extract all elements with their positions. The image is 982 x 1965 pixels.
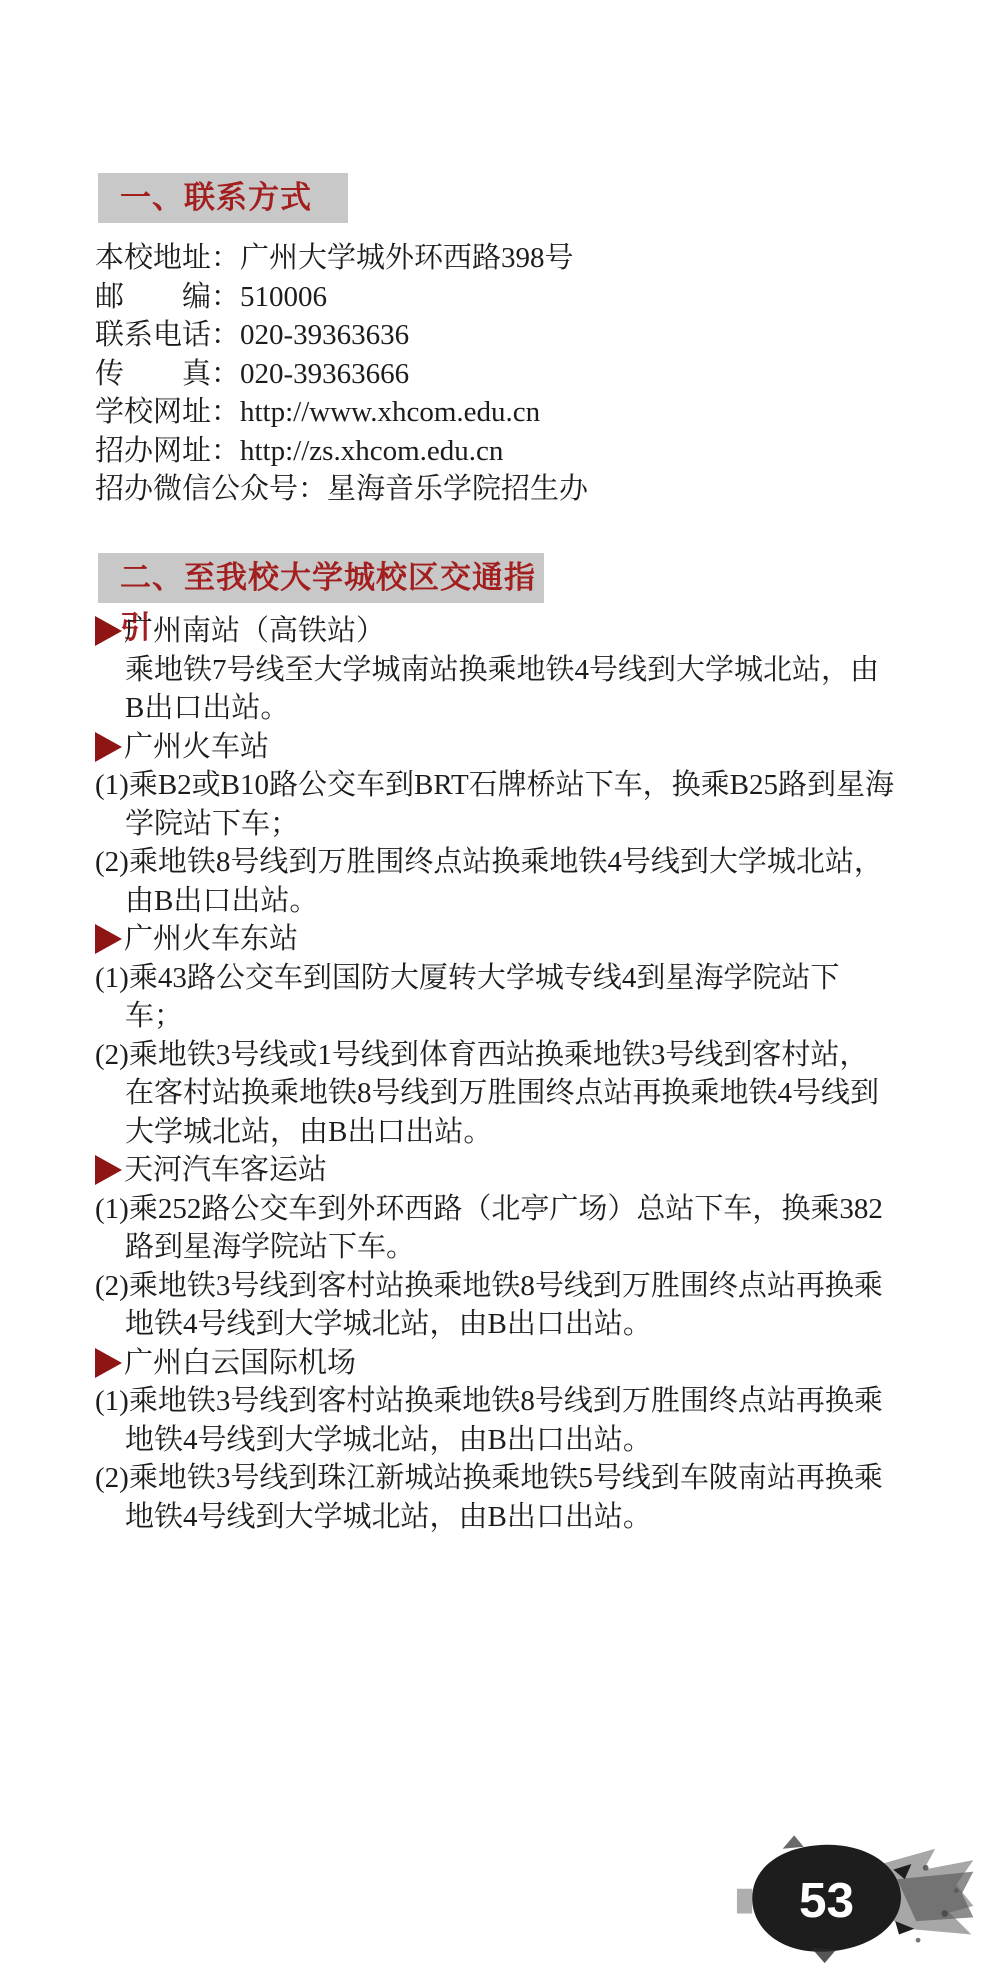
page-number: 53 (799, 1872, 854, 1928)
triangle-bullet-icon (95, 616, 122, 646)
contact-info-list: 本校地址：广州大学城外环西路398号 邮 编：510006 联系电话：020-3… (95, 239, 915, 509)
station-name: 广州白云国际机场 (124, 1344, 356, 1383)
route-item: (1)乘地铁3号线到客村站换乘地铁8号线到万胜围终点站再换乘地铁4号线到大学城北… (95, 1382, 895, 1459)
contact-line: 学校网址：http://www.xhcom.edu.cn (95, 393, 915, 432)
route-number: (1) (95, 1193, 129, 1225)
station-entry: 广州南站（高铁站） 乘地铁7号线至大学城南站换乘地铁4号线到大学城北站，由B出口… (95, 612, 905, 728)
contact-line: 邮 编：510006 (95, 278, 915, 317)
station-entry: 广州火车东站 (1)乘43路公交车到国防大厦转大学城专线4到星海学院站下车； (… (95, 920, 905, 1151)
page-number-ink-blob: 53 (612, 1822, 982, 1965)
route-number: (2) (95, 1039, 129, 1071)
route-text: 乘地铁8号线到万胜围终点站换乘地铁4号线到大学城北站，由B出口出站。 (125, 846, 883, 917)
station-name: 广州火车东站 (124, 920, 298, 959)
ink-speckle (954, 1888, 959, 1893)
contact-line: 联系电话：020-39363636 (95, 316, 915, 355)
station-entry: 广州火车站 (1)乘B2或B10路公交车到BRT石牌桥站下车，换乘B25路到星海… (95, 728, 905, 921)
route-text: 乘地铁3号线或1号线到体育西站换乘地铁3号线到客村站，在客村站换乘地铁8号线到万… (125, 1039, 879, 1148)
document-page: { "contact": { "heading": "一、联系方式", "lin… (0, 0, 982, 1965)
station-routes: (1)乘B2或B10路公交车到BRT石牌桥站下车，换乘B25路到星海学院站下车；… (95, 766, 905, 920)
route-text: 乘地铁3号线到客村站换乘地铁8号线到万胜围终点站再换乘地铁4号线到大学城北站，由… (125, 1385, 883, 1456)
brush-nub (737, 1889, 752, 1914)
route-item: (2)乘地铁3号线到客村站换乘地铁8号线到万胜围终点站再换乘地铁4号线到大学城北… (95, 1267, 895, 1344)
ink-speckle (941, 1910, 948, 1917)
contact-line: 本校地址：广州大学城外环西路398号 (95, 239, 915, 278)
station-name-row: 广州南站（高铁站） (95, 612, 905, 651)
station-name: 广州火车站 (124, 728, 269, 767)
station-name: 广州南站（高铁站） (124, 612, 385, 651)
route-text: 乘地铁7号线至大学城南站换乘地铁4号线到大学城北站，由B出口出站。 (125, 654, 879, 725)
station-entry: 天河汽车客运站 (1)乘252路公交车到外环西路（北亭广场）总站下车，换乘382… (95, 1151, 905, 1344)
route-item: (2)乘地铁3号线或1号线到体育西站换乘地铁3号线到客村站，在客村站换乘地铁8号… (95, 1036, 895, 1152)
ink-edge (811, 1948, 836, 1963)
ink-speckle (916, 1938, 921, 1943)
triangle-bullet-icon (95, 1155, 122, 1185)
route-text: 乘43路公交车到国防大厦转大学城专线4到星海学院站下车； (125, 962, 839, 1033)
route-item: (1)乘252路公交车到外环西路（北亭广场）总站下车，换乘382路到星海学院站下… (95, 1190, 895, 1267)
route-number: (1) (95, 1385, 129, 1417)
triangle-bullet-icon (95, 1348, 122, 1378)
route-item: (2)乘地铁3号线到珠江新城站换乘地铁5号线到车陂南站再换乘地铁4号线到大学城北… (95, 1459, 895, 1536)
station-name: 天河汽车客运站 (124, 1151, 327, 1190)
contact-line: 招办微信公众号：星海音乐学院招生办 (95, 470, 915, 509)
route-text: 乘地铁3号线到客村站换乘地铁8号线到万胜围终点站再换乘地铁4号线到大学城北站，由… (125, 1270, 883, 1341)
route-text: 乘252路公交车到外环西路（北亭广场）总站下车，换乘382路到星海学院站下车。 (125, 1193, 883, 1264)
route-item: 乘地铁7号线至大学城南站换乘地铁4号线到大学城北站，由B出口出站。 (95, 651, 895, 728)
station-routes: (1)乘地铁3号线到客村站换乘地铁8号线到万胜围终点站再换乘地铁4号线到大学城北… (95, 1382, 905, 1536)
route-item: (1)乘B2或B10路公交车到BRT石牌桥站下车，换乘B25路到星海学院站下车； (95, 766, 895, 843)
triangle-bullet-icon (95, 732, 122, 762)
route-number: (1) (95, 962, 129, 994)
station-name-row: 广州白云国际机场 (95, 1344, 905, 1383)
route-number: (2) (95, 1462, 129, 1494)
route-item: (1)乘43路公交车到国防大厦转大学城专线4到星海学院站下车； (95, 959, 895, 1036)
ink-edge (783, 1835, 804, 1848)
station-routes: (1)乘43路公交车到国防大厦转大学城专线4到星海学院站下车； (2)乘地铁3号… (95, 959, 905, 1152)
route-text: 乘B2或B10路公交车到BRT石牌桥站下车，换乘B25路到星海学院站下车； (125, 769, 894, 840)
route-text: 乘地铁3号线到珠江新城站换乘地铁5号线到车陂南站再换乘地铁4号线到大学城北站，由… (125, 1462, 883, 1533)
contact-line: 招办网址：http://zs.xhcom.edu.cn (95, 432, 915, 471)
triangle-bullet-icon (95, 924, 122, 954)
contact-line: 传 真：020-39363666 (95, 355, 915, 394)
station-name-row: 广州火车东站 (95, 920, 905, 959)
station-routes: (1)乘252路公交车到外环西路（北亭广场）总站下车，换乘382路到星海学院站下… (95, 1190, 905, 1344)
station-routes: 乘地铁7号线至大学城南站换乘地铁4号线到大学城北站，由B出口出站。 (95, 651, 905, 728)
route-number: (1) (95, 769, 129, 801)
section-heading-contact: 一、联系方式 (98, 173, 348, 223)
route-number: (2) (95, 1270, 129, 1302)
station-name-row: 广州火车站 (95, 728, 905, 767)
transport-guide: 广州南站（高铁站） 乘地铁7号线至大学城南站换乘地铁4号线到大学城北站，由B出口… (95, 612, 905, 1536)
route-item: (2)乘地铁8号线到万胜围终点站换乘地铁4号线到大学城北站，由B出口出站。 (95, 843, 895, 920)
route-number: (2) (95, 846, 129, 878)
section-heading-transport: 二、至我校大学城校区交通指引 (98, 553, 544, 603)
station-name-row: 天河汽车客运站 (95, 1151, 905, 1190)
station-entry: 广州白云国际机场 (1)乘地铁3号线到客村站换乘地铁8号线到万胜围终点站再换乘地… (95, 1344, 905, 1537)
ink-speckle (923, 1865, 929, 1871)
